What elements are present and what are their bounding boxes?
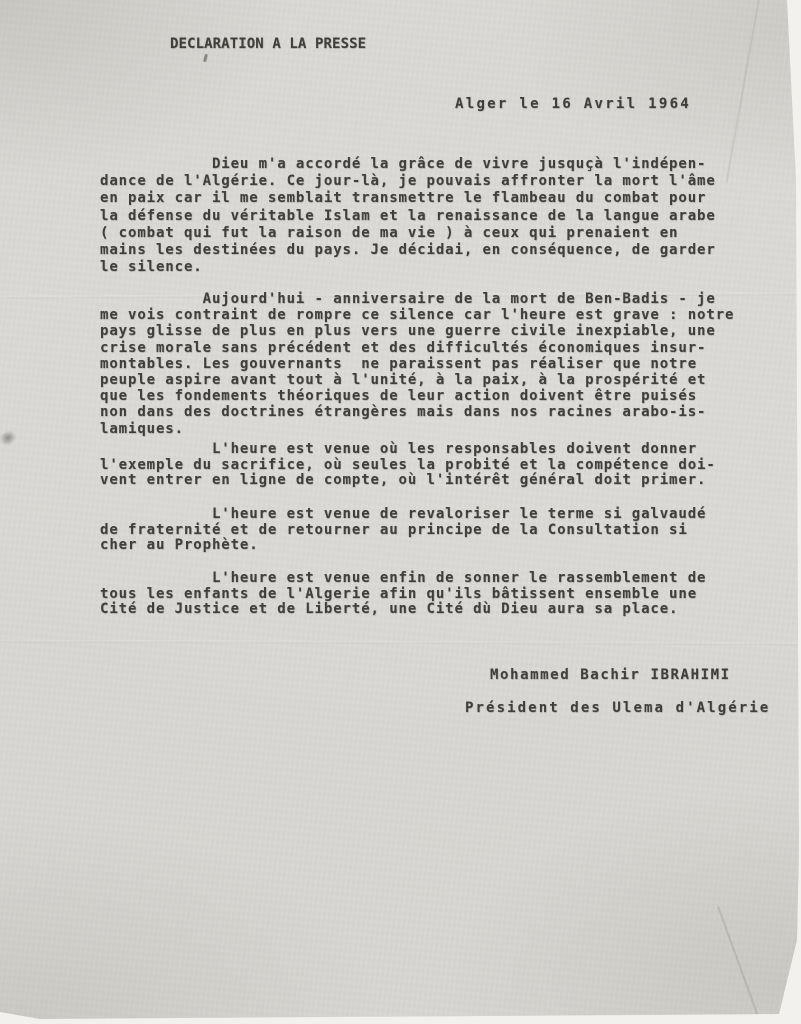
paper-sheet: DECLARATION A LA PRESSE Alger le 16 Avri…	[0, 0, 801, 1024]
paragraph-4: L'heure est venue de revaloriser le term…	[100, 507, 706, 554]
corner-crease-line	[726, 0, 761, 183]
paragraph-2: Aujourd'hui - anniversaire de la mort de…	[100, 291, 734, 437]
paragraph-3: L'heure est venue où les responsables do…	[100, 442, 716, 489]
horizontal-fold-crease	[0, 640, 801, 646]
signature-name: Mohammed Bachir IBRAHIMI	[490, 667, 731, 684]
paragraph-1: Dieu m'a accordé la grâce de vivre jusqu…	[100, 156, 716, 276]
signature-role: Président des Ulema d'Algérie	[465, 700, 770, 717]
smudge-mark	[0, 424, 23, 453]
document-title: DECLARATION A LA PRESSE	[170, 36, 366, 53]
stray-ink-mark	[203, 54, 208, 62]
paragraph-5: L'heure est venue enfin de sonner le ras…	[100, 571, 706, 618]
corner-fold-line	[717, 906, 761, 1021]
scanned-page: DECLARATION A LA PRESSE Alger le 16 Avri…	[0, 0, 801, 1024]
dateline: Alger le 16 Avril 1964	[455, 96, 691, 113]
